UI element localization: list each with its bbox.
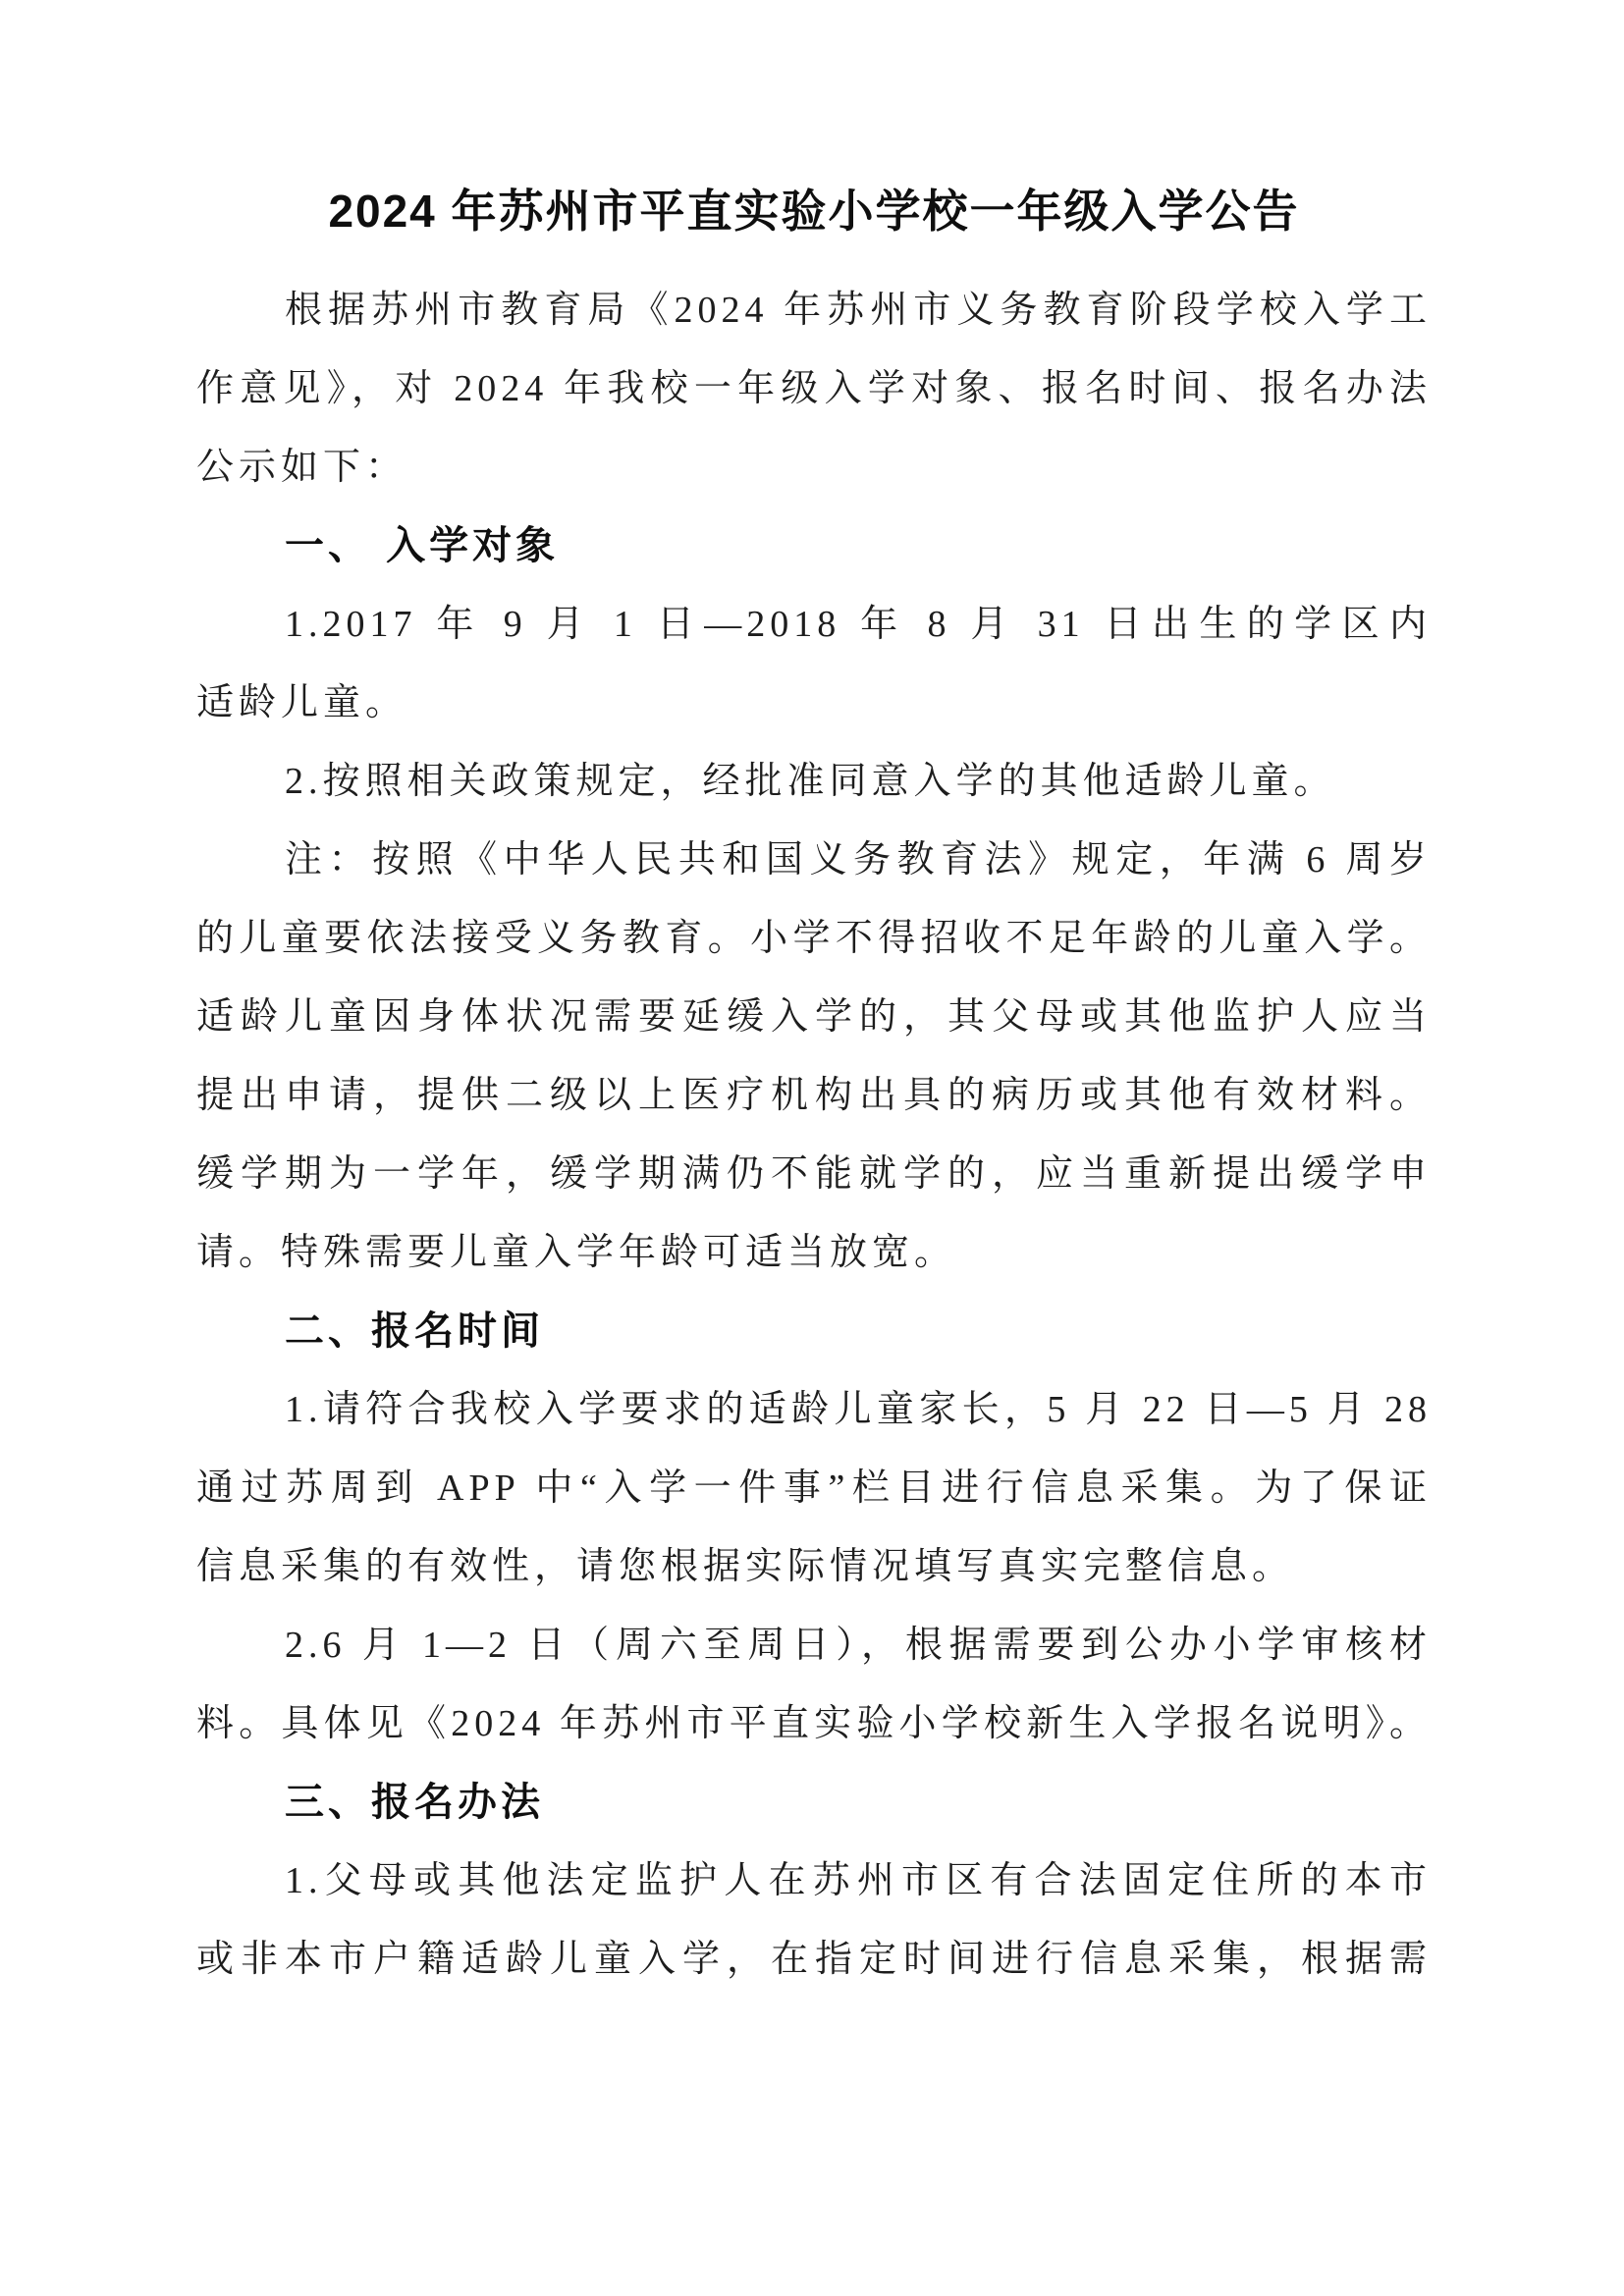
section-heading: 一、 入学对象 [196,507,1432,585]
text-line: 通过苏周到 APP 中“入学一件事”栏目进行信息采集。为了保证 [196,1449,1432,1527]
text-line: 缓学期为一学年，缓学期满仍不能就学的，应当重新提出缓学申 [196,1135,1432,1213]
text-line: 信息采集的有效性，请您根据实际情况填写真实完整信息。 [196,1527,1432,1606]
text-line: 2.按照相关政策规定，经批准同意入学的其他适龄儿童。 [196,742,1432,821]
text-line: 的儿童要依法接受义务教育。小学不得招收不足年龄的儿童入学。 [196,899,1432,978]
text-line: 或非本市户籍适龄儿童入学，在指定时间进行信息采集，根据需 [196,1920,1432,1999]
document-title: 2024 年苏州市平直实验小学校一年级入学公告 [196,175,1432,247]
section-heading: 二、报名时间 [196,1292,1432,1370]
text-line: 1.父母或其他法定监护人在苏州市区有合法固定住所的本市 [196,1842,1432,1920]
document-body: 根据苏州市教育局《2024 年苏州市义务教育阶段学校入学工作意见》，对 2024… [196,271,1432,1999]
text-line: 根据苏州市教育局《2024 年苏州市义务教育阶段学校入学工 [196,271,1432,349]
text-line: 注：按照《中华人民共和国义务教育法》规定，年满 6 周岁 [196,821,1432,899]
text-line: 适龄儿童因身体状况需要延缓入学的，其父母或其他监护人应当 [196,978,1432,1056]
text-line: 1.请符合我校入学要求的适龄儿童家长，5 月 22 日—5 月 28 [196,1370,1432,1449]
text-line: 公示如下： [196,428,1432,507]
text-line: 提出申请，提供二级以上医疗机构出具的病历或其他有效材料。 [196,1056,1432,1135]
text-line: 2.6 月 1—2 日（周六至周日），根据需要到公办小学审核材 [196,1606,1432,1684]
text-line: 适龄儿童。 [196,664,1432,742]
text-line: 料。具体见《2024 年苏州市平直实验小学校新生入学报名说明》。 [196,1684,1432,1763]
text-line: 作意见》，对 2024 年我校一年级入学对象、报名时间、报名办法 [196,349,1432,428]
text-line: 请。特殊需要儿童入学年龄可适当放宽。 [196,1213,1432,1292]
text-line: 1.2017 年 9 月 1 日—2018 年 8 月 31 日出生的学区内 [196,585,1432,664]
section-heading: 三、报名办法 [196,1763,1432,1842]
document-page: 2024 年苏州市平直实验小学校一年级入学公告 根据苏州市教育局《2024 年苏… [0,0,1624,2296]
